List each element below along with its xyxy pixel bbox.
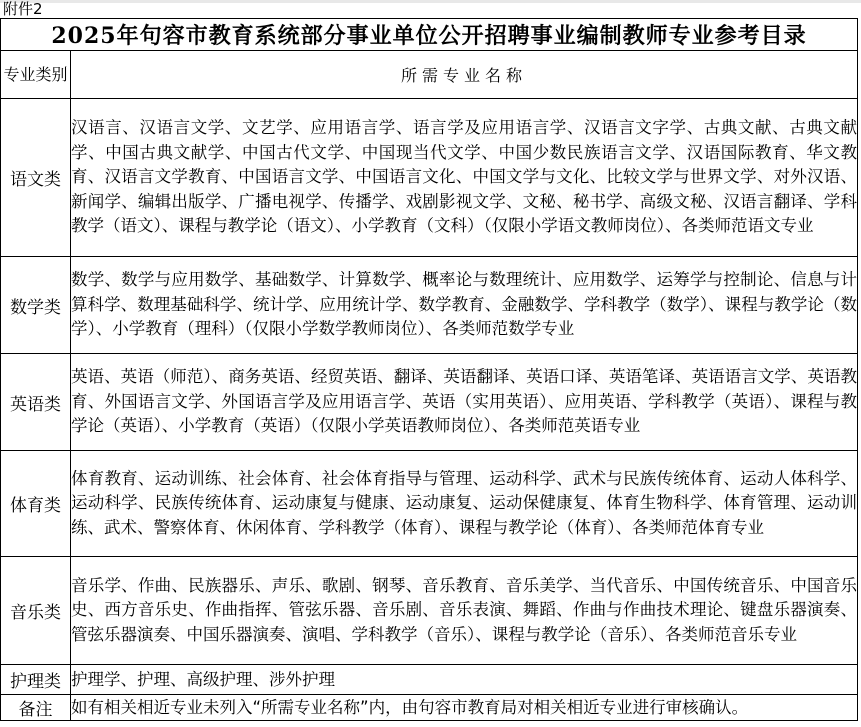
table-row: 英语类 英语、英语（师范）、商务英语、经贸英语、翻译、英语翻译、英语口译、英语笔… — [1, 354, 858, 451]
document-title: 2025年句容市教育系统部分事业单位公开招聘事业编制教师专业参考目录 — [1, 19, 858, 51]
category-chinese: 语文类 — [1, 99, 71, 257]
table-row: 语文类 汉语言、汉语言文学、文艺学、应用语言学、语言学及应用语言学、汉语言文字学… — [1, 99, 858, 257]
category-english: 英语类 — [1, 354, 71, 451]
category-nursing: 护理类 — [1, 665, 71, 695]
category-pe: 体育类 — [1, 451, 71, 557]
table-row: 体育类 体育教育、运动训练、社会体育、社会体育指导与管理、运动科学、武术与民族传… — [1, 451, 858, 557]
majors-chinese: 汉语言、汉语言文学、文艺学、应用语言学、语言学及应用语言学、汉语言文字学、古典文… — [71, 99, 858, 257]
table-row: 护理类 护理学、护理、高级护理、涉外护理 — [1, 665, 858, 695]
header-major-names: 所需专业名称 — [71, 51, 858, 99]
majors-pe: 体育教育、运动训练、社会体育、社会体育指导与管理、运动科学、武术与民族传统体育、… — [71, 451, 858, 557]
note-row: 备注 如有相关相近专业未列入“所需专业名称”内，由句容市教育局对相关相近专业进行… — [1, 695, 858, 721]
majors-english: 英语、英语（师范）、商务英语、经贸英语、翻译、英语翻译、英语口译、英语笔译、英语… — [71, 354, 858, 451]
majors-music: 音乐学、作曲、民族器乐、声乐、歌剧、钢琴、音乐教育、音乐美学、当代音乐、中国传统… — [71, 557, 858, 665]
category-math: 数学类 — [1, 257, 71, 354]
table-row: 数学类 数学、数学与应用数学、基础数学、计算数学、概率论与数理统计、应用数学、运… — [1, 257, 858, 354]
top-edge — [0, 0, 861, 3]
attachment-label: 附件2 — [3, 0, 43, 18]
title-row: 2025年句容市教育系统部分事业单位公开招聘事业编制教师专业参考目录 — [1, 19, 858, 51]
table-row: 音乐类 音乐学、作曲、民族器乐、声乐、歌剧、钢琴、音乐教育、音乐美学、当代音乐、… — [1, 557, 858, 665]
header-category: 专业类别 — [1, 51, 71, 99]
majors-math: 数学、数学与应用数学、基础数学、计算数学、概率论与数理统计、应用数学、运筹学与控… — [71, 257, 858, 354]
major-catalog-table: 2025年句容市教育系统部分事业单位公开招聘事业编制教师专业参考目录 专业类别 … — [0, 18, 858, 721]
category-music: 音乐类 — [1, 557, 71, 665]
header-row: 专业类别 所需专业名称 — [1, 51, 858, 99]
note-label: 备注 — [1, 695, 71, 721]
note-text: 如有相关相近专业未列入“所需专业名称”内，由句容市教育局对相关相近专业进行审核确… — [71, 695, 858, 721]
majors-nursing: 护理学、护理、高级护理、涉外护理 — [71, 665, 858, 695]
